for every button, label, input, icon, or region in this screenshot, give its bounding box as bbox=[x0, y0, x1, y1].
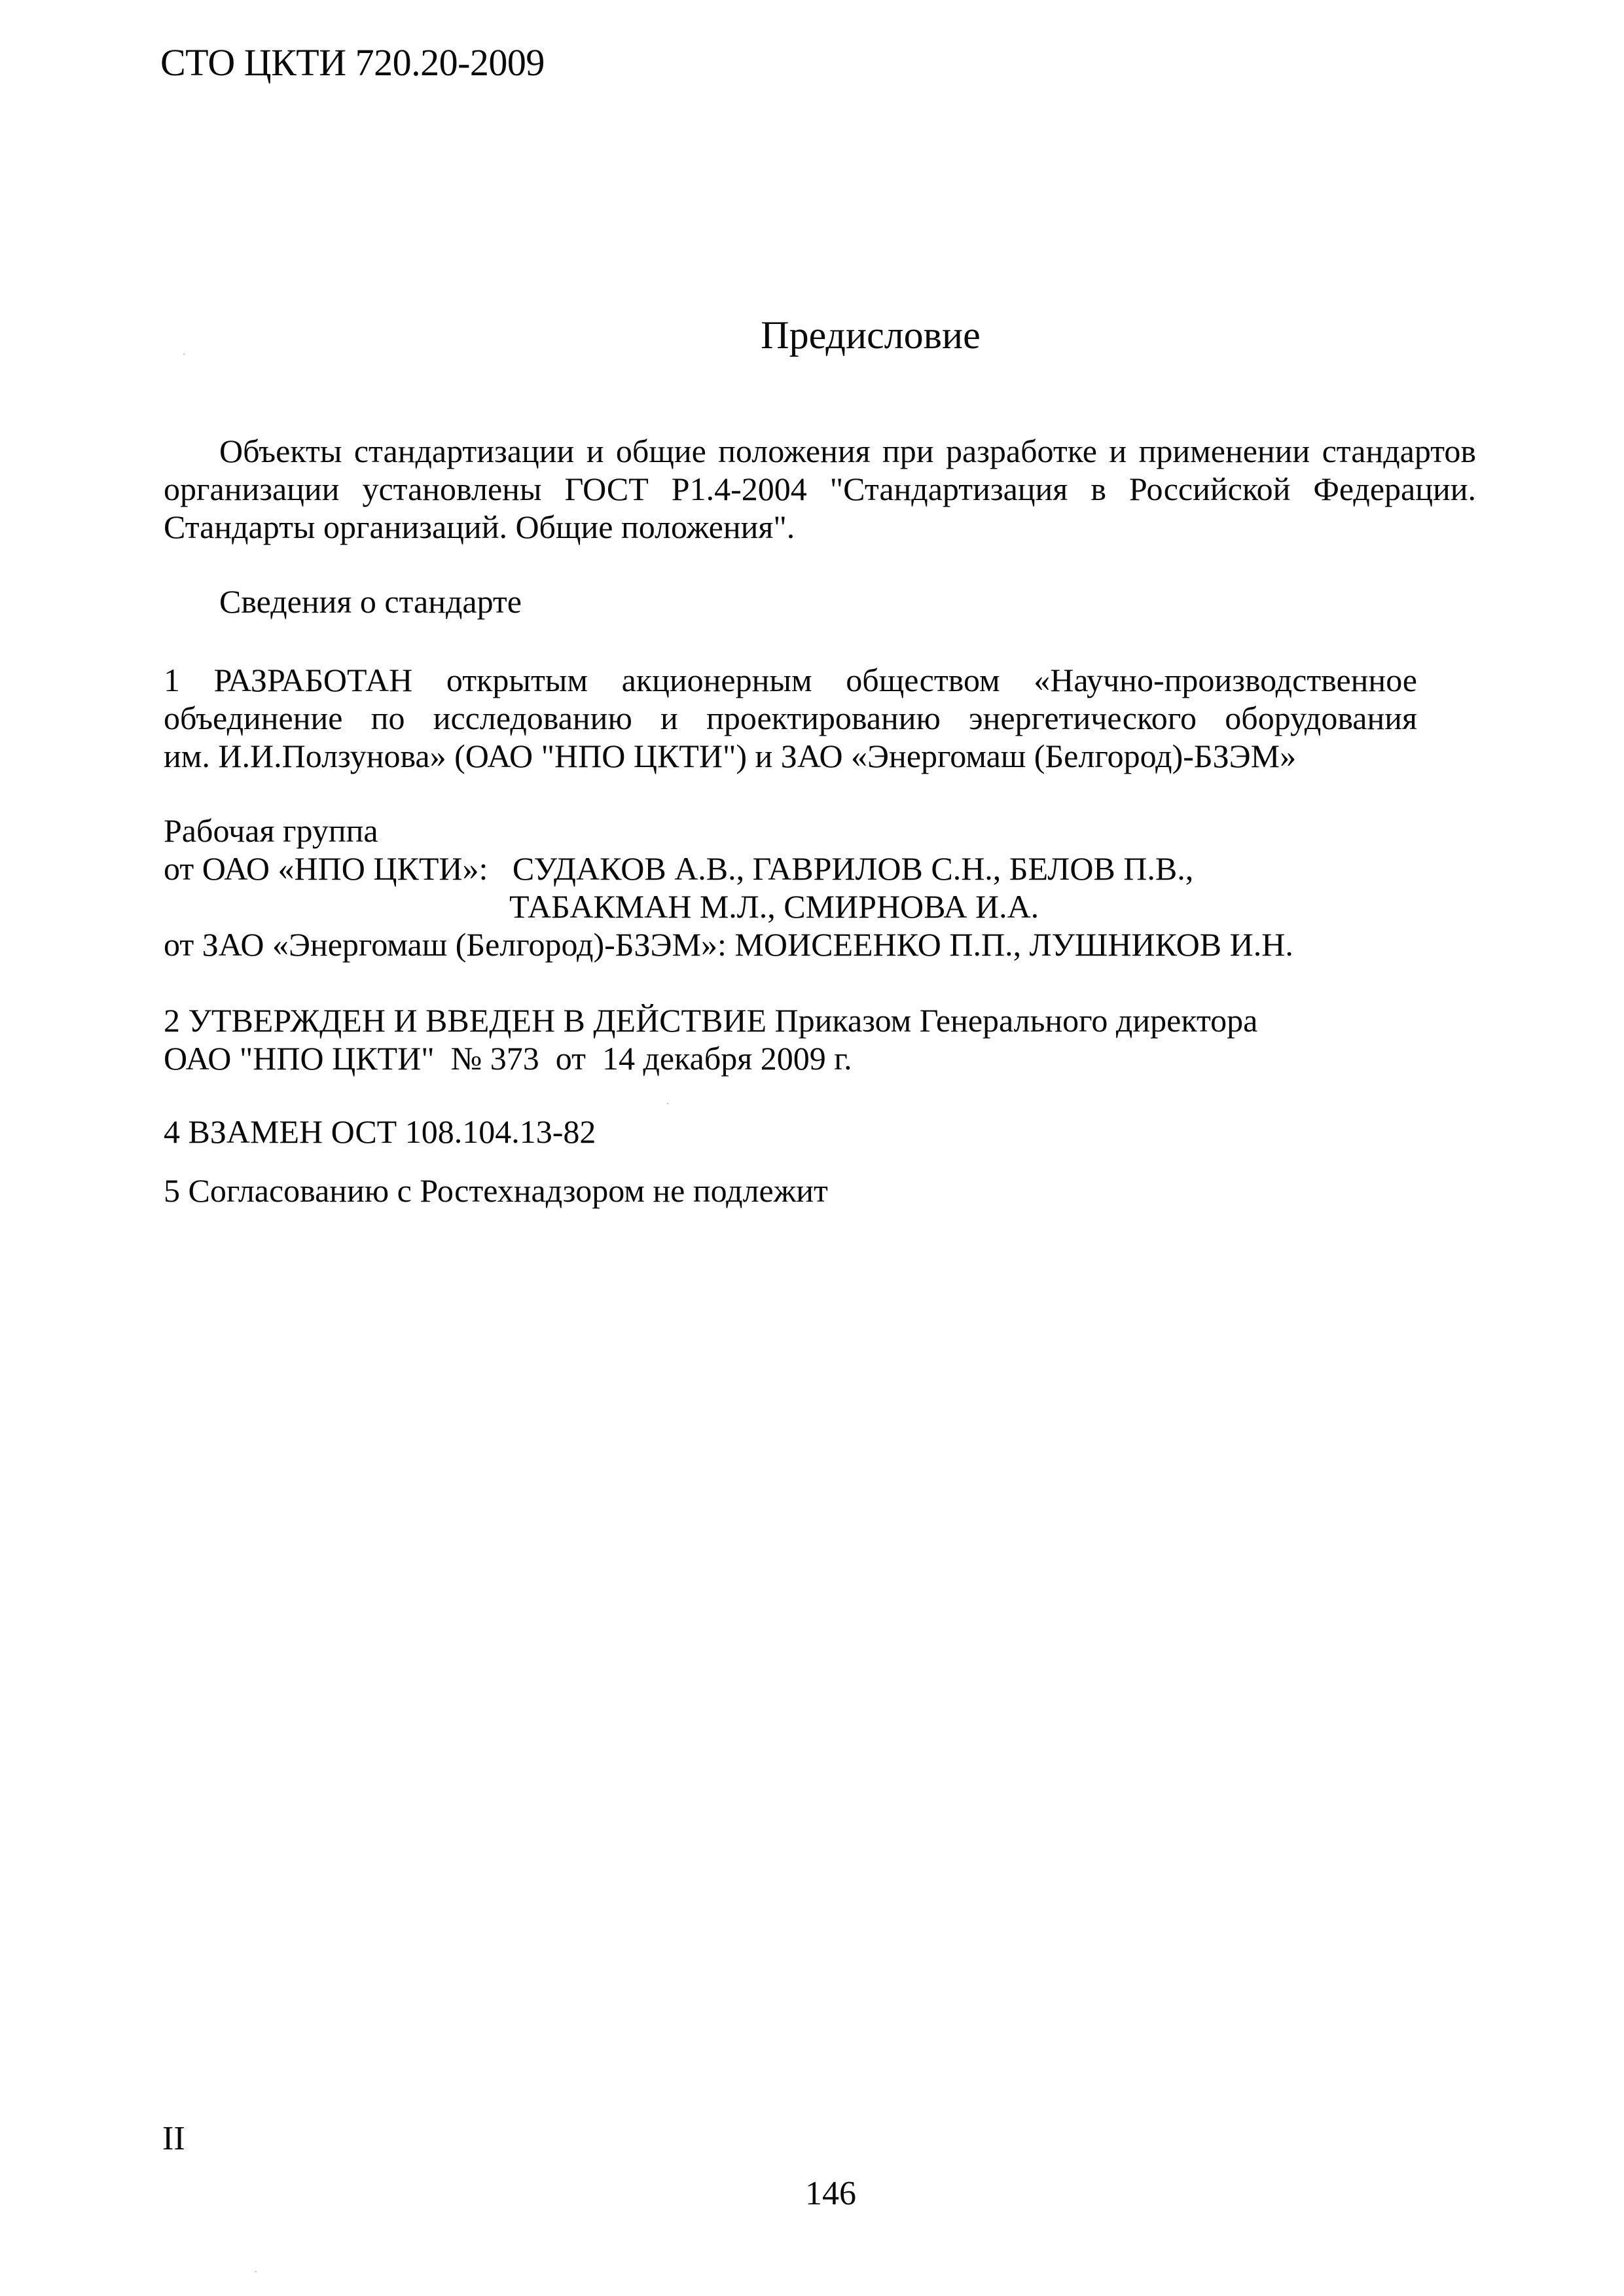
item-1-developed-by: 1 РАЗРАБОТАН открытым акционерным общест… bbox=[164, 661, 1417, 775]
working-group-row: ТАБАКМАН М.Л., СМИРНОВА И.А. bbox=[164, 888, 1407, 925]
item-1-line: объединение по исследованию и проектиров… bbox=[164, 699, 1417, 737]
working-group-row: от ОАО «НПО ЦКТИ»: СУДАКОВ А.В., ГАВРИЛО… bbox=[164, 850, 1407, 888]
item-4-replaces: 4 ВЗАМЕН ОСТ 108.104.13-82 bbox=[164, 1113, 1476, 1151]
page-title: Предисловие bbox=[0, 313, 1624, 358]
scan-speck bbox=[667, 1103, 668, 1104]
working-group-heading: Рабочая группа bbox=[164, 812, 1407, 850]
page-number: 146 bbox=[805, 2174, 856, 2213]
item-5-approval-note: 5 Согласованию с Ростехнадзором не подле… bbox=[164, 1172, 1476, 1210]
working-group-names: СУДАКОВ А.В., ГАВРИЛОВ С.Н., БЕЛОВ П.В., bbox=[513, 850, 1193, 887]
item-1-line: им. И.И.Ползунова» (ОАО "НПО ЦКТИ") и ЗА… bbox=[164, 737, 1417, 775]
item-2-line: ОАО "НПО ЦКТИ" № 373 от 14 декабря 2009 … bbox=[164, 1039, 1476, 1077]
working-group-org: от ОАО «НПО ЦКТИ»: bbox=[164, 850, 488, 887]
item-5-text: 5 Согласованию с Ростехнадзором не подле… bbox=[164, 1172, 1476, 1210]
working-group: Рабочая группа от ОАО «НПО ЦКТИ»: СУДАКО… bbox=[164, 812, 1407, 963]
intro-line: Стандарты организаций. Общие положения". bbox=[164, 508, 1476, 546]
section-roman-numeral: II bbox=[162, 2119, 185, 2158]
working-group-org: от ЗАО «Энергомаш (Белгород)-БЗЭМ»: bbox=[164, 926, 727, 963]
scan-speck bbox=[255, 2271, 257, 2272]
scan-speck bbox=[183, 353, 185, 355]
working-group-names: МОИСЕЕНКО П.П., ЛУШНИКОВ И.Н. bbox=[734, 926, 1293, 963]
intro-line: организации установлены ГОСТ Р1.4-2004 "… bbox=[164, 470, 1476, 508]
item-2-line: 2 УТВЕРЖДЕН И ВВЕДЕН В ДЕЙСТВИЕ Приказом… bbox=[164, 1001, 1476, 1039]
intro-paragraph: Объекты стандартизации и общие положения… bbox=[164, 432, 1476, 546]
item-2-approved: 2 УТВЕРЖДЕН И ВВЕДЕН В ДЕЙСТВИЕ Приказом… bbox=[164, 1001, 1476, 1077]
document-code-header: СТО ЦКТИ 720.20-2009 bbox=[160, 41, 545, 84]
working-group-names: ТАБАКМАН М.Л., СМИРНОВА И.А. bbox=[509, 888, 1039, 925]
item-1-line: 1 РАЗРАБОТАН открытым акционерным общест… bbox=[164, 661, 1417, 699]
working-group-row: от ЗАО «Энергомаш (Белгород)-БЗЭМ»: МОИС… bbox=[164, 925, 1407, 963]
standard-info-heading: Сведения о стандарте bbox=[219, 583, 522, 620]
item-4-text: 4 ВЗАМЕН ОСТ 108.104.13-82 bbox=[164, 1113, 1476, 1151]
intro-line: Объекты стандартизации и общие положения… bbox=[164, 432, 1476, 470]
